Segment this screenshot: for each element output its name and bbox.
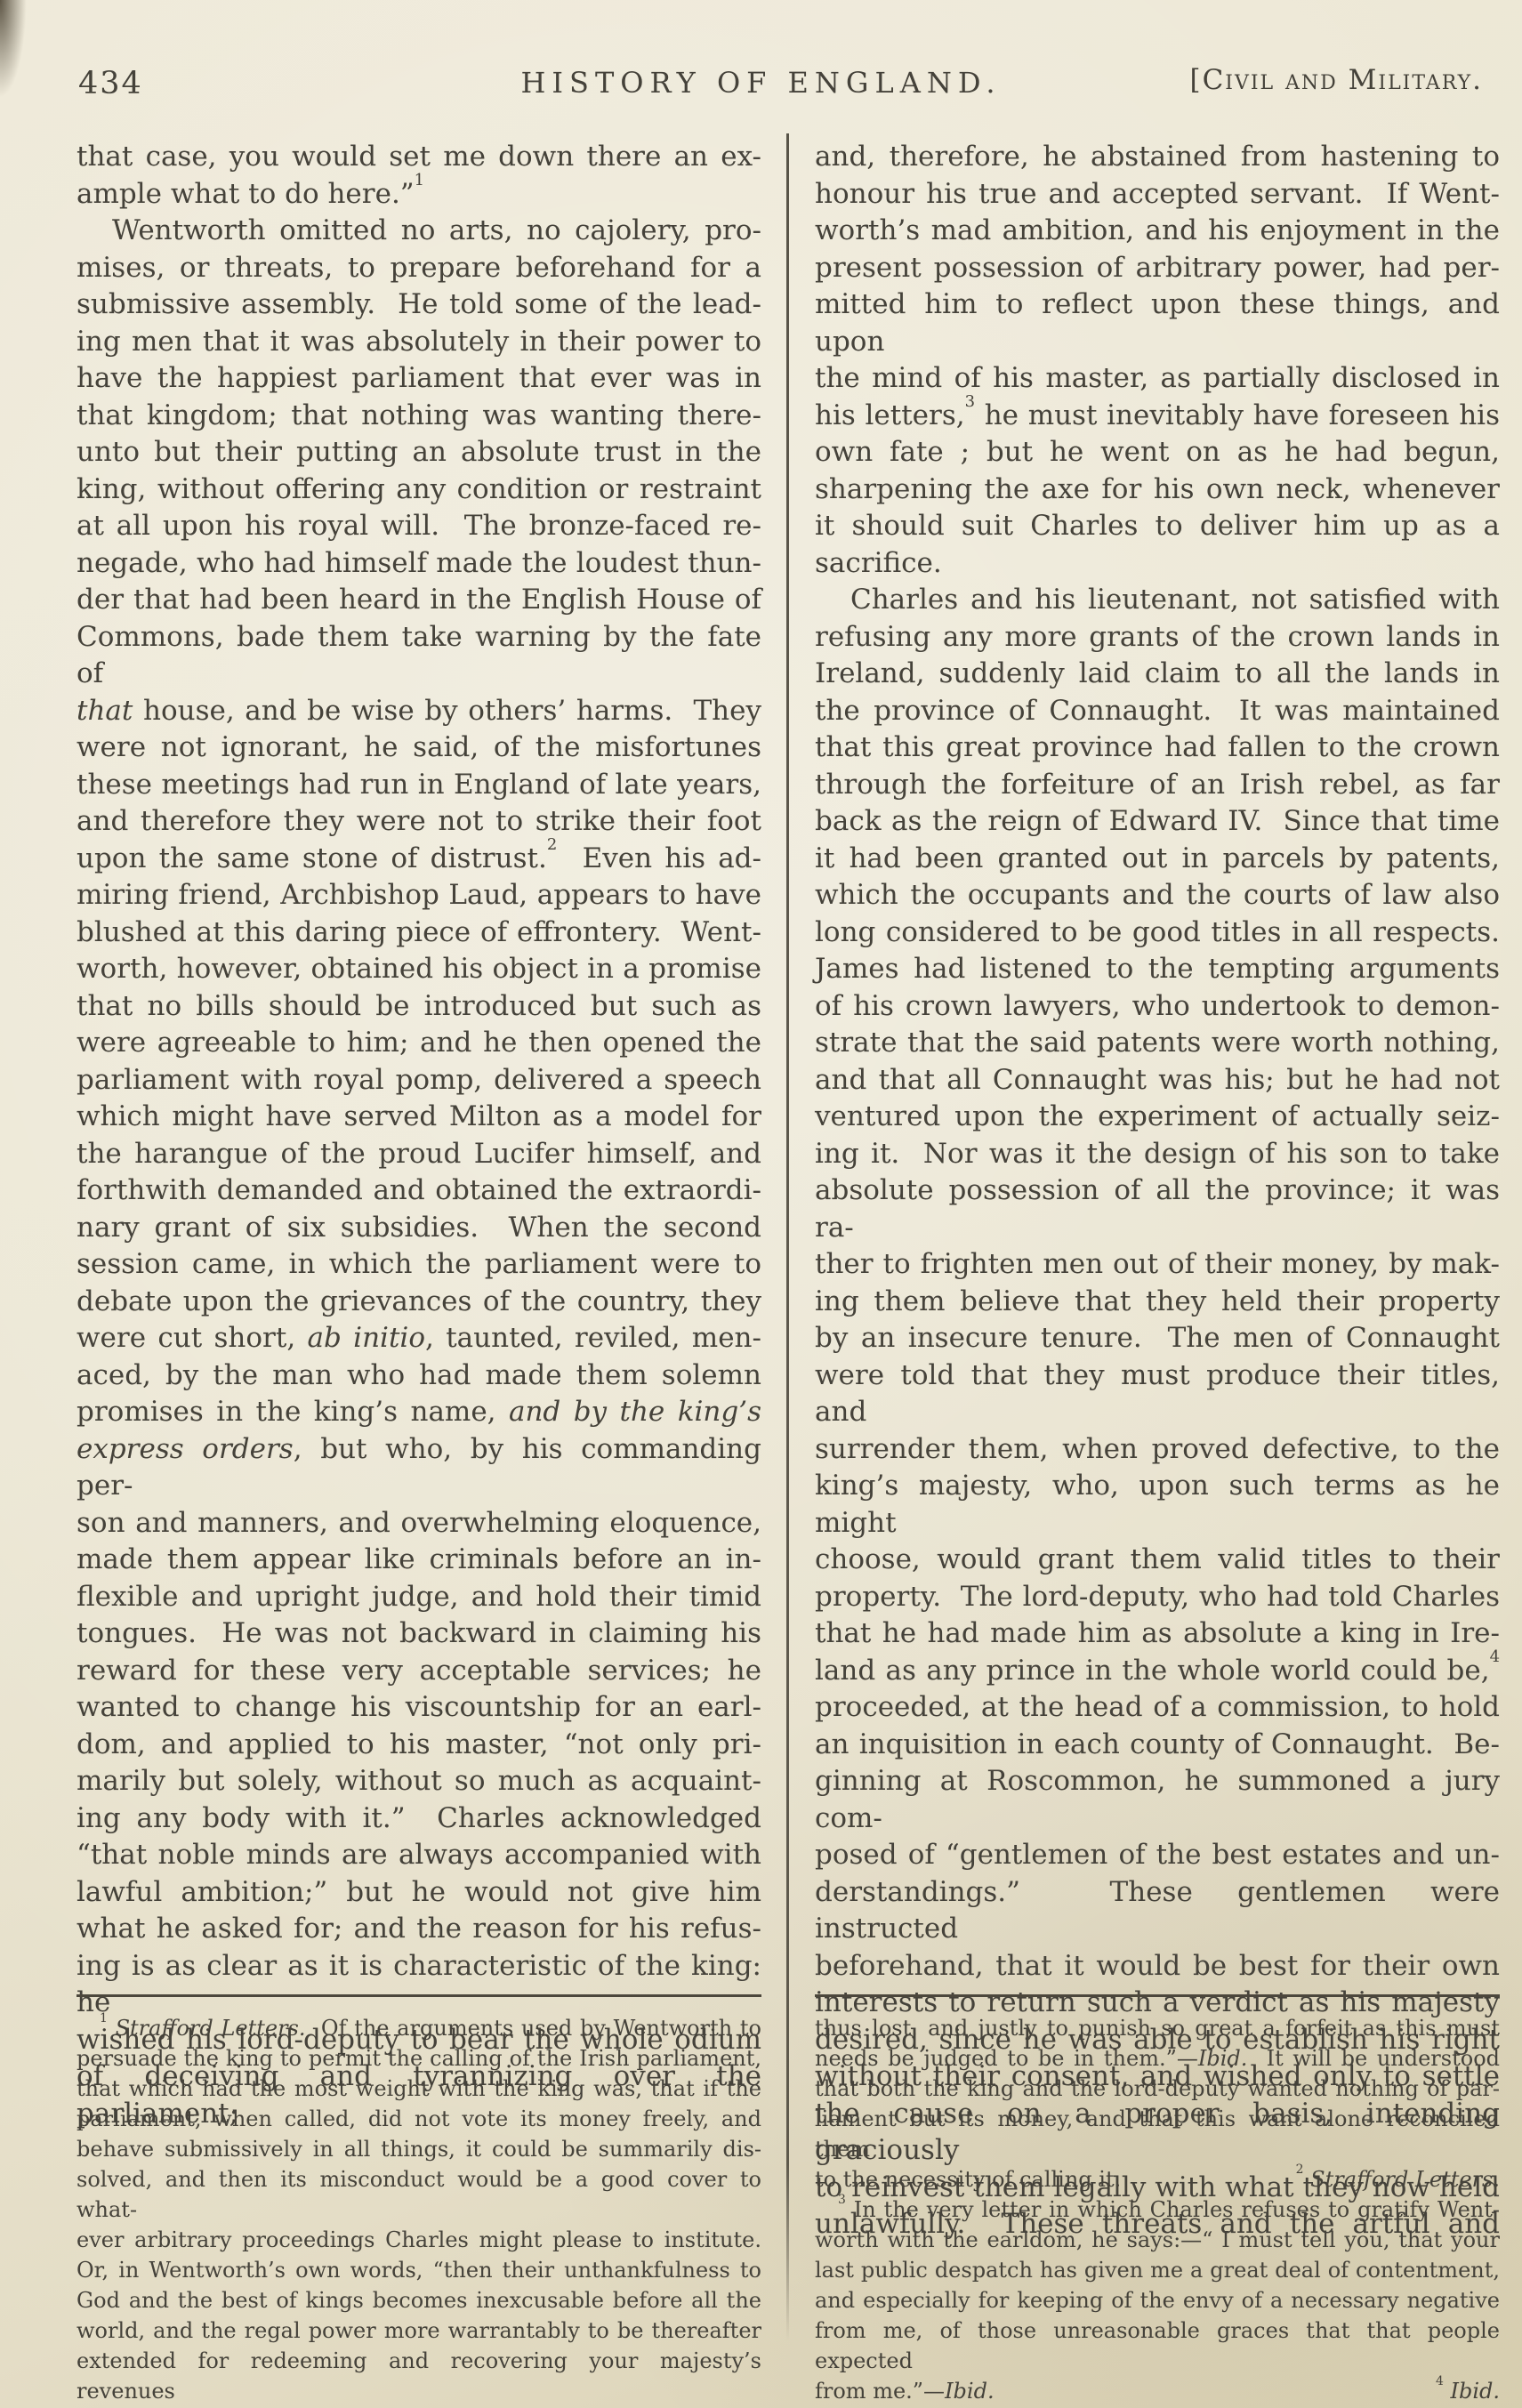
text-segment: Strafford Letters. xyxy=(108,2016,306,2041)
text-line: and that all Connaught was his; but he h… xyxy=(815,1062,1500,1099)
text-line: ginning at Roscommon, he summoned a jury… xyxy=(815,1763,1500,1837)
text-line: own fate ; but he went on as he had begu… xyxy=(815,434,1500,471)
text-line: which might have served Milton as a mode… xyxy=(77,1099,761,1136)
text-line: that no bills should be introduced but s… xyxy=(77,988,761,1026)
text-line: present possession of arbitrary power, h… xyxy=(815,250,1500,287)
text-line: lawful ambition;” but he would not give … xyxy=(77,1874,761,1912)
text-line: strate that the said patents were worth … xyxy=(815,1025,1500,1062)
text-line: were cut short, ab initio, taunted, revi… xyxy=(77,1320,761,1357)
text-line: and therefore they were not to strike th… xyxy=(77,803,761,841)
text-line: derstandings.” These gentlemen were inst… xyxy=(815,1874,1500,1948)
text-line: worth with the earldom, he says:—“ I mus… xyxy=(815,2225,1500,2255)
text-line: and, therefore, he abstained from hasten… xyxy=(815,139,1500,176)
text-line: worth, however, obtained his object in a… xyxy=(77,951,761,988)
text-line: world, and the regal power more warranta… xyxy=(77,2315,761,2346)
footnote-marker: 1 xyxy=(415,171,424,189)
column-divider xyxy=(786,133,789,2341)
text-line: his letters,3 he must inevitably have fo… xyxy=(815,398,1500,435)
text-line: king, without offering any condition or … xyxy=(77,471,761,509)
right-column: and, therefore, he abstained from hasten… xyxy=(815,139,1500,2243)
text-line: that which had the most weight with the … xyxy=(77,2074,761,2104)
text-line: parliament with royal pomp, delivered a … xyxy=(77,1062,761,1099)
text-line: honour his true and accepted servant. If… xyxy=(815,176,1500,213)
text-line: blushed at this daring piece of effronte… xyxy=(77,914,761,952)
text-line: property. The lord-deputy, who had told … xyxy=(815,1579,1500,1616)
footnote-marker: 4 xyxy=(1436,2374,1444,2388)
text-line: were agreeable to him; and he then opene… xyxy=(77,1025,761,1062)
text-line: were not ignorant, he said, of the misfo… xyxy=(77,729,761,767)
text-line: the province of Connaught. It was mainta… xyxy=(815,693,1500,730)
text-line: have the happiest parliament that ever w… xyxy=(77,360,761,398)
text-line: sharpening the axe for his own neck, whe… xyxy=(815,471,1500,509)
running-header: 434 HISTORY OF ENGLAND. [Civil and Milit… xyxy=(0,62,1522,109)
text-line: session came, in which the parliament we… xyxy=(77,1246,761,1284)
text-line: unto but their putting an absolute trust… xyxy=(77,434,761,471)
text-line: parliament, when called, did not vote it… xyxy=(77,2104,761,2134)
text-line: Or, in Wentworth’s own words, “then thei… xyxy=(77,2255,761,2285)
text-line: nary grant of six subsidies. When the se… xyxy=(77,1210,761,1247)
footnote-marker: 2 xyxy=(547,835,557,854)
text-line: which the occupants and the courts of la… xyxy=(815,877,1500,914)
text-line: beforehand, that it would be best for th… xyxy=(815,1948,1500,1985)
text-line: mitted him to reflect upon these things,… xyxy=(815,286,1500,360)
text-line: choose, would grant them valid titles to… xyxy=(815,1542,1500,1579)
footnote-marker: 2 xyxy=(1296,2162,1304,2177)
text-line: behave submissively in all things, it co… xyxy=(77,2134,761,2164)
text-line: negade, who had himself made the loudest… xyxy=(77,545,761,583)
text-line: promises in the king’s name, and by the … xyxy=(77,1394,761,1431)
text-line: son and manners, and overwhelming eloque… xyxy=(77,1505,761,1542)
text-line: an inquisition in each county of Connaug… xyxy=(815,1727,1500,1764)
text-segment: and by the king’s xyxy=(509,1396,761,1428)
text-line: it should suit Charles to deliver him up… xyxy=(815,508,1500,545)
text-line: submissive assembly. He told some of the… xyxy=(77,286,761,324)
text-line: marily but solely, without so much as ac… xyxy=(77,1763,761,1800)
text-line: absolute possession of all the province;… xyxy=(815,1172,1500,1246)
text-line: Ireland, suddenly laid claim to all the … xyxy=(815,656,1500,693)
text-line: God and the best of kings becomes inexcu… xyxy=(77,2285,761,2315)
book-page: 434 HISTORY OF ENGLAND. [Civil and Milit… xyxy=(0,0,1522,2408)
text-line: reward for these very acceptable service… xyxy=(77,1653,761,1690)
text-line: that house, and be wise by others’ harms… xyxy=(77,693,761,730)
text-line: upon the same stone of distrust.2 Even h… xyxy=(77,841,761,878)
text-line: these meetings had run in England of lat… xyxy=(77,767,761,804)
running-header-right: [Civil and Military. xyxy=(1189,64,1483,96)
text-line: 1 Strafford Letters. Of the arguments us… xyxy=(77,2013,761,2043)
text-line: forthwith demanded and obtained the extr… xyxy=(77,1172,761,1210)
text-line: Wentworth omitted no arts, no cajolery, … xyxy=(77,213,761,250)
left-column: that case, you would set me down there a… xyxy=(77,139,761,2132)
text-line: worth’s mad ambition, and his enjoyment … xyxy=(815,213,1500,250)
text-line: persuade the king to permit the calling … xyxy=(77,2043,761,2074)
footnote-marker: 3 xyxy=(965,392,975,411)
text-line: 3 In the very letter in which Charles re… xyxy=(815,2195,1500,2225)
text-line: to the necessity of calling it.2 Straffo… xyxy=(815,2164,1500,2195)
text-line: extended for redeeming and recovering yo… xyxy=(77,2346,761,2406)
text-line: Commons, bade them take warning by the f… xyxy=(77,619,761,693)
text-line: express orders, but who, by his commandi… xyxy=(77,1431,761,1505)
text-line: ther to frighten men out of their money,… xyxy=(815,1246,1500,1284)
text-line: miring friend, Archbishop Laud, appears … xyxy=(77,877,761,914)
text-line: ing men that it was absolutely in their … xyxy=(77,324,761,361)
text-line: ing any body with it.” Charles acknowled… xyxy=(77,1800,761,1838)
text-line: the harangue of the proud Lucifer himsel… xyxy=(77,1136,761,1173)
text-line: debate upon the grievances of the countr… xyxy=(77,1284,761,1321)
text-line: back as the reign of Edward IV. Since th… xyxy=(815,803,1500,841)
text-line: Charles and his lieutenant, not satisfie… xyxy=(815,582,1500,619)
text-line: the mind of his master, as partially dis… xyxy=(815,360,1500,398)
text-line: were told that they must produce their t… xyxy=(815,1357,1500,1431)
footnote-left: 1 Strafford Letters. Of the arguments us… xyxy=(77,1994,761,2406)
text-line: dom, and applied to his master, “not onl… xyxy=(77,1727,761,1764)
text-line: proceeded, at the head of a commission, … xyxy=(815,1689,1500,1727)
text-segment: Ibid. xyxy=(1198,2046,1248,2071)
text-line: ventured upon the experiment of actually… xyxy=(815,1099,1500,1136)
text-line: sacrifice. xyxy=(815,545,1500,583)
text-line: what he asked for; and the reason for hi… xyxy=(77,1911,761,1948)
text-line: long considered to be good titles in all… xyxy=(815,914,1500,952)
text-line: aced, by the man who had made them solem… xyxy=(77,1357,761,1395)
text-line: at all upon his royal will. The bronze-f… xyxy=(77,508,761,545)
text-line: ing it. Nor was it the design of his son… xyxy=(815,1136,1500,1173)
text-line: that kingdom; that nothing was wanting t… xyxy=(77,398,761,435)
text-line: ever arbitrary proceedings Charles might… xyxy=(77,2225,761,2255)
text-line: thus lost, and justly to punish so great… xyxy=(815,2013,1500,2043)
text-line: refusing any more grants of the crown la… xyxy=(815,619,1500,656)
text-line: “that noble minds are always accompanied… xyxy=(77,1837,761,1874)
text-line: surrender them, when proved defective, t… xyxy=(815,1431,1500,1469)
text-line: James had listened to the tempting argum… xyxy=(815,951,1500,988)
text-line: from me, of those unreasonable graces th… xyxy=(815,2315,1500,2376)
text-line: solved, and then its misconduct would be… xyxy=(77,2164,761,2225)
text-line: king’s majesty, who, upon such terms as … xyxy=(815,1468,1500,1542)
text-line: flexible and upright judge, and hold the… xyxy=(77,1579,761,1616)
text-segment: that xyxy=(77,695,133,727)
text-line: of his crown lawyers, who undertook to d… xyxy=(815,988,1500,1026)
text-line: that he had made him as absolute a king … xyxy=(815,1615,1500,1653)
text-line: that this great province had fallen to t… xyxy=(815,729,1500,767)
footnote-marker: 3 xyxy=(838,2193,846,2207)
text-line: liament but its money, and that this wan… xyxy=(815,2104,1500,2164)
text-line: last public despatch has given me a grea… xyxy=(815,2255,1500,2285)
text-line: der that had been heard in the English H… xyxy=(77,582,761,619)
text-line: it had been granted out in parcels by pa… xyxy=(815,841,1500,878)
text-segment: Ibid. xyxy=(945,2379,995,2404)
text-line: and especially for keeping of the envy o… xyxy=(815,2285,1500,2315)
text-line: made them appear like criminals before a… xyxy=(77,1542,761,1579)
text-line: from me.”—Ibid.4 Ibid. xyxy=(815,2376,1500,2406)
text-line: by an insecure tenure. The men of Connau… xyxy=(815,1320,1500,1357)
text-segment: ab initio xyxy=(308,1322,426,1354)
text-line: mises, or threats, to prepare beforehand… xyxy=(77,250,761,287)
text-line: that both the king and the lord-deputy w… xyxy=(815,2074,1500,2104)
text-line: tongues. He was not backward in claiming… xyxy=(77,1615,761,1653)
text-line: ing them believe that they held their pr… xyxy=(815,1284,1500,1321)
text-segment: Ibid. xyxy=(1444,2379,1500,2404)
footnote-right: thus lost, and justly to punish so great… xyxy=(815,1994,1500,2406)
text-line: needs be judged to be in them.”—Ibid. It… xyxy=(815,2043,1500,2074)
text-line: through the forfeiture of an Irish rebel… xyxy=(815,767,1500,804)
text-line: posed of “gentlemen of the best estates … xyxy=(815,1837,1500,1874)
text-line: land as any prince in the whole world co… xyxy=(815,1653,1500,1690)
text-segment: express orders xyxy=(77,1433,294,1465)
footnote-marker: 1 xyxy=(100,2011,108,2025)
footnote-marker: 4 xyxy=(1490,1647,1500,1666)
text-segment: Strafford Letters. xyxy=(1304,2167,1500,2192)
text-line: wanted to change his viscountship for an… xyxy=(77,1689,761,1727)
text-line: ample what to do here.”1 xyxy=(77,176,761,213)
